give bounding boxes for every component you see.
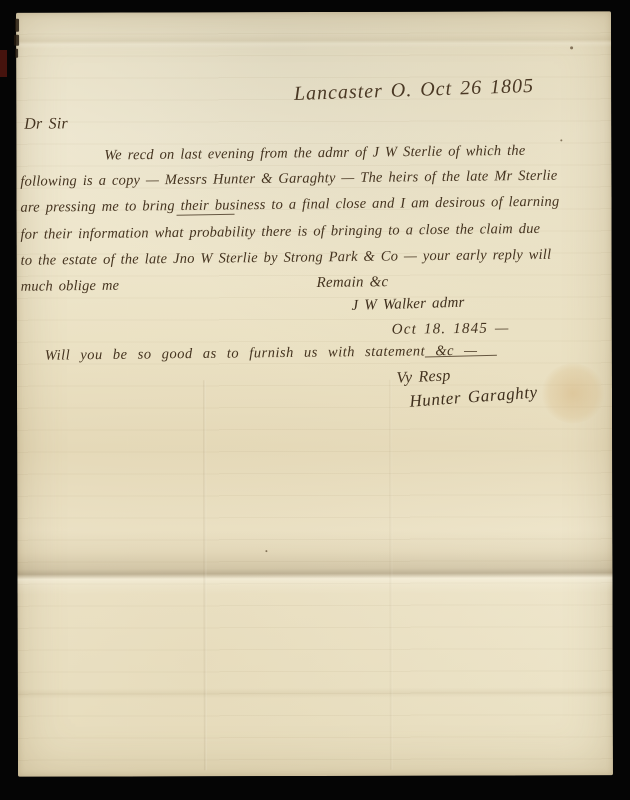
border-red-smudge bbox=[0, 50, 7, 77]
edge-wear-mark bbox=[15, 19, 19, 32]
salutation: Dr Sir bbox=[24, 116, 68, 132]
fold-crease-vertical-left bbox=[203, 380, 207, 770]
edge-wear-mark bbox=[15, 49, 18, 58]
scan-border: Lancaster O. Oct 26 1805 Dr Sir We recd … bbox=[0, 0, 630, 800]
fold-crease-lower bbox=[18, 687, 613, 699]
closing-respects: Vy Resp bbox=[396, 368, 451, 386]
letter-paper: Lancaster O. Oct 26 1805 Dr Sir We recd … bbox=[16, 11, 613, 777]
signature-garaghty: Hunter Garaghty bbox=[409, 383, 538, 409]
body-line: to the estate of the late Jno W Sterlie … bbox=[21, 248, 552, 269]
postscript-line: Will you be so good as to furnish us wit… bbox=[45, 344, 478, 363]
signature-walker: J W Walker admr bbox=[351, 296, 464, 314]
closing-phrase: Remain &c bbox=[317, 275, 389, 291]
ink-speck bbox=[570, 46, 573, 49]
body-line: are pressing me to bring their business … bbox=[20, 195, 559, 216]
ink-underline-business bbox=[177, 214, 235, 216]
body-line: much oblige me bbox=[21, 279, 120, 295]
body-line: We recd on last evening from the admr of… bbox=[104, 144, 525, 163]
ink-speck bbox=[560, 139, 562, 141]
dateline: Lancaster O. Oct 26 1805 bbox=[294, 76, 535, 104]
fold-crease-top bbox=[16, 33, 611, 49]
body-line: following is a copy — Messrs Hunter & Ga… bbox=[20, 169, 557, 190]
secondary-date: Oct 18. 1845 — bbox=[392, 321, 510, 337]
body-line: for their information what probability t… bbox=[20, 222, 540, 242]
ink-speck bbox=[265, 550, 267, 552]
fold-crease-vertical-right bbox=[389, 380, 393, 770]
fold-crease-horizontal bbox=[17, 529, 612, 595]
edge-wear-mark bbox=[14, 35, 19, 46]
paper-stain bbox=[541, 363, 605, 423]
